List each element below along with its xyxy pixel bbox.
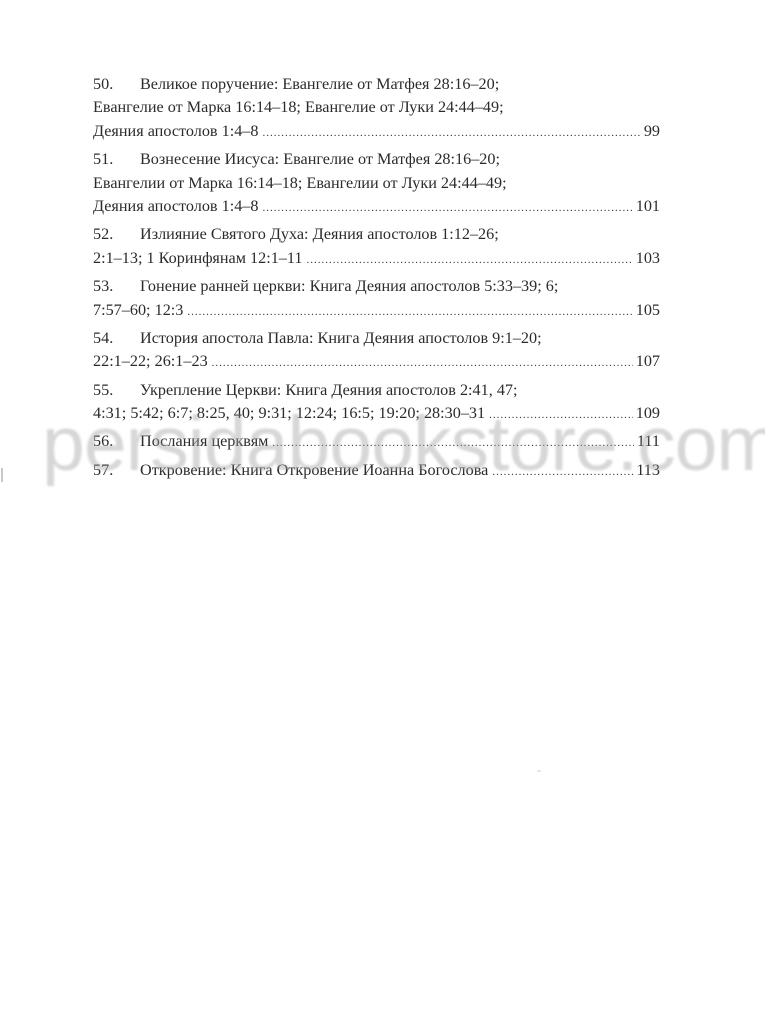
toc-entry-number: 56.: [93, 430, 140, 453]
toc-entry-title: 7:57–60; 12:3: [93, 299, 183, 322]
toc-entry[interactable]: 53.Гонение ранней церкви: Книга Деяния а…: [93, 275, 660, 322]
toc-entry[interactable]: 51.Вознесение Иисуса: Евангелие от Матфе…: [93, 148, 660, 218]
toc-entry-title: Евангелии от Марка 16:14–18; Евангелии о…: [93, 172, 507, 195]
dot-leader: [489, 404, 633, 427]
toc-page-number: 111: [637, 430, 660, 453]
toc-entry-line: Евангелии от Марка 16:14–18; Евангелии о…: [93, 172, 660, 195]
dot-leader: [272, 432, 634, 455]
toc-page-number: 105: [636, 299, 660, 322]
toc-entry-number: 53.: [93, 275, 140, 298]
toc-entry-number: 50.: [93, 73, 140, 96]
toc-entry-title: Деяния апостолов 1:4–8: [93, 120, 258, 143]
toc-page-number: 103: [636, 247, 660, 270]
dot-leader: [262, 197, 632, 220]
dot-leader: [187, 301, 632, 324]
toc-entry[interactable]: 56.Послания церквям111: [93, 430, 660, 453]
toc-entry-number: 54.: [93, 327, 140, 350]
toc-entry-line: 54.История апостола Павла: Книга Деяния …: [93, 327, 660, 350]
toc-entry-title: Откровение: Книга Откровение Иоанна Бого…: [140, 459, 488, 482]
toc-entry-title: Укрепление Церкви: Книга Деяния апостоло…: [140, 379, 518, 402]
toc-entry-number: 57.: [93, 459, 140, 482]
toc-entry[interactable]: 54.История апостола Павла: Книга Деяния …: [93, 327, 660, 374]
toc-entry-line: Евангелие от Марка 16:14–18; Евангелие о…: [93, 96, 660, 119]
toc-entry-line: 50.Великое поручение: Евангелие от Матфе…: [93, 73, 660, 96]
toc-entry-title: Излияние Святого Духа: Деяния апостолов …: [140, 223, 499, 246]
toc-entry-title: Великое поручение: Евангелие от Матфея 2…: [140, 73, 499, 96]
toc-page-number: 109: [636, 402, 660, 425]
toc-entry-title: Деяния апостолов 1:4–8: [93, 195, 258, 218]
toc-entry[interactable]: 57.Откровение: Книга Откровение Иоанна Б…: [93, 459, 660, 482]
toc-entry-title: 2:1–13; 1 Коринфянам 12:1–11: [93, 247, 302, 270]
toc-entry-line: Деяния апостолов 1:4–8101: [93, 195, 660, 218]
toc-page-number: 99: [644, 120, 660, 143]
toc-entry-title: История апостола Павла: Книга Деяния апо…: [140, 327, 542, 350]
toc-entry-line: 22:1–22; 26:1–23107: [93, 350, 660, 373]
scan-speck: [537, 770, 541, 772]
toc-entry-line: 55.Укрепление Церкви: Книга Деяния апост…: [93, 379, 660, 402]
toc-page-number: 107: [636, 350, 660, 373]
scan-edge-mark: [1, 468, 3, 482]
dot-leader: [492, 461, 633, 484]
toc-entry-line: 56.Послания церквям111: [93, 430, 660, 453]
toc-entry-number: 52.: [93, 223, 140, 246]
toc-entry-line: Деяния апостолов 1:4–899: [93, 120, 660, 143]
toc-entry-line: 2:1–13; 1 Коринфянам 12:1–11103: [93, 247, 660, 270]
toc-entry-line: 4:31; 5:42; 6:7; 8:25, 40; 9:31; 12:24; …: [93, 402, 660, 425]
toc-entry-line: 7:57–60; 12:3105: [93, 299, 660, 322]
dot-leader: [262, 122, 640, 145]
toc-entry[interactable]: 52.Излияние Святого Духа: Деяния апостол…: [93, 223, 660, 270]
toc-entry-title: Гонение ранней церкви: Книга Деяния апос…: [140, 275, 558, 298]
dot-leader: [212, 352, 633, 375]
toc-entry-title: Послания церквям: [140, 430, 268, 453]
toc-entry-title: 4:31; 5:42; 6:7; 8:25, 40; 9:31; 12:24; …: [93, 402, 485, 425]
toc-entry-title: Вознесение Иисуса: Евангелие от Матфея 2…: [140, 148, 500, 171]
toc-entry[interactable]: 50.Великое поручение: Евангелие от Матфе…: [93, 73, 660, 143]
toc-entry-line: 51.Вознесение Иисуса: Евангелие от Матфе…: [93, 148, 660, 171]
toc-page-number: 113: [636, 459, 660, 482]
toc-entry-number: 51.: [93, 148, 140, 171]
dot-leader: [306, 249, 632, 272]
toc-page-number: 101: [636, 195, 660, 218]
toc-entry-line: 52.Излияние Святого Духа: Деяния апостол…: [93, 223, 660, 246]
toc-entry-line: 53.Гонение ранней церкви: Книга Деяния а…: [93, 275, 660, 298]
table-of-contents: 50.Великое поручение: Евангелие от Матфе…: [93, 73, 660, 487]
toc-entry-title: 22:1–22; 26:1–23: [93, 350, 208, 373]
toc-entry-number: 55.: [93, 379, 140, 402]
toc-entry-line: 57.Откровение: Книга Откровение Иоанна Б…: [93, 459, 660, 482]
toc-entry[interactable]: 55.Укрепление Церкви: Книга Деяния апост…: [93, 379, 660, 426]
toc-entry-title: Евангелие от Марка 16:14–18; Евангелие о…: [93, 96, 504, 119]
